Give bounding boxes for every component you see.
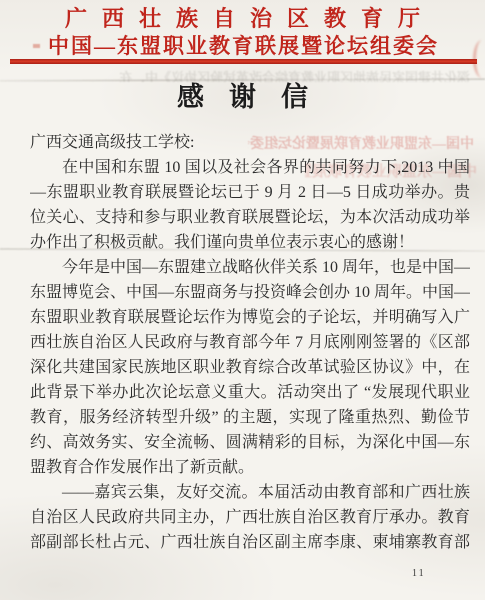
body-line: 位关心、支持和参与职业教育联展暨论坛，为本次活动成功举 <box>30 205 470 230</box>
letter-title: 感谢信 <box>0 82 485 112</box>
letterhead-red-rule <box>10 59 477 64</box>
body-line: 东盟职业教育联展暨论坛作为博览会的子论坛，并明确写入广 <box>30 305 470 330</box>
body-line: 东盟博览会、中国—东盟商务与投资峰会创办 10 周年。中国— <box>30 280 470 305</box>
letterhead-org-line-2: 中国—东盟职业教育联展暨论坛组委会 <box>0 33 485 59</box>
body-line: 西壮族自治区人民政府与教育部今年 7 月底刚刚签署的《区部 <box>30 330 470 355</box>
body-line: 今年是中国—东盟建立战略伙伴关系 10 周年，也是中国— <box>30 255 470 280</box>
body-line: 在中国和东盟 10 国以及社会各界的共同努力下,2013 中国 <box>30 155 470 180</box>
body-line: 盟教育合作发展作出了新贡献。 <box>30 455 470 480</box>
letterhead-org-line-1: 广西壮族自治区教育厅 <box>0 6 485 32</box>
body-line: —东盟职业教育联展暨论坛已于 9 月 2 日—5 日成功举办。贵单 <box>30 180 470 205</box>
body-line: 自治区人民政府共同主办，广西壮族自治区教育厅承办。教育 <box>30 505 470 530</box>
scanned-letter-page: 深化共建国家民族地区职业教育综合改革试验区协议》中，在 中国—东盟职业教育联展暨… <box>0 0 485 600</box>
body-line: ——嘉宾云集，友好交流。本届活动由教育部和广西壮族 <box>30 480 470 505</box>
body-line: 办作出了积极贡献。我们谨向贵单位表示衷心的感谢！ <box>30 230 470 255</box>
body-line: 约、高效务实、安全流畅、圆满精彩的目标，为深化中国—东 <box>30 430 470 455</box>
body-line: 部副部长杜占元、广西壮族自治区副主席李康、柬埔寨教育部 <box>30 530 470 555</box>
salutation-line: 广西交通高级技工学校: <box>30 130 470 155</box>
body-line: 教育，服务经济转型升级” 的主题，实现了隆重热烈、勤俭节 <box>30 405 470 430</box>
page-number: 11 <box>412 568 426 579</box>
letter-body: 广西交通高级技工学校: 在中国和东盟 10 国以及社会各界的共同努力下,2013… <box>30 130 470 555</box>
body-line: 深化共建国家民族地区职业教育综合改革试验区协议》中，在 <box>30 355 470 380</box>
bleed-through-gray: 深化共建国家民族地区职业教育综合改革试验区协议》中，在 <box>25 67 470 82</box>
body-line: 此背景下举办此次论坛意义重大。活动突出了 “发展现代职业 <box>30 380 470 405</box>
